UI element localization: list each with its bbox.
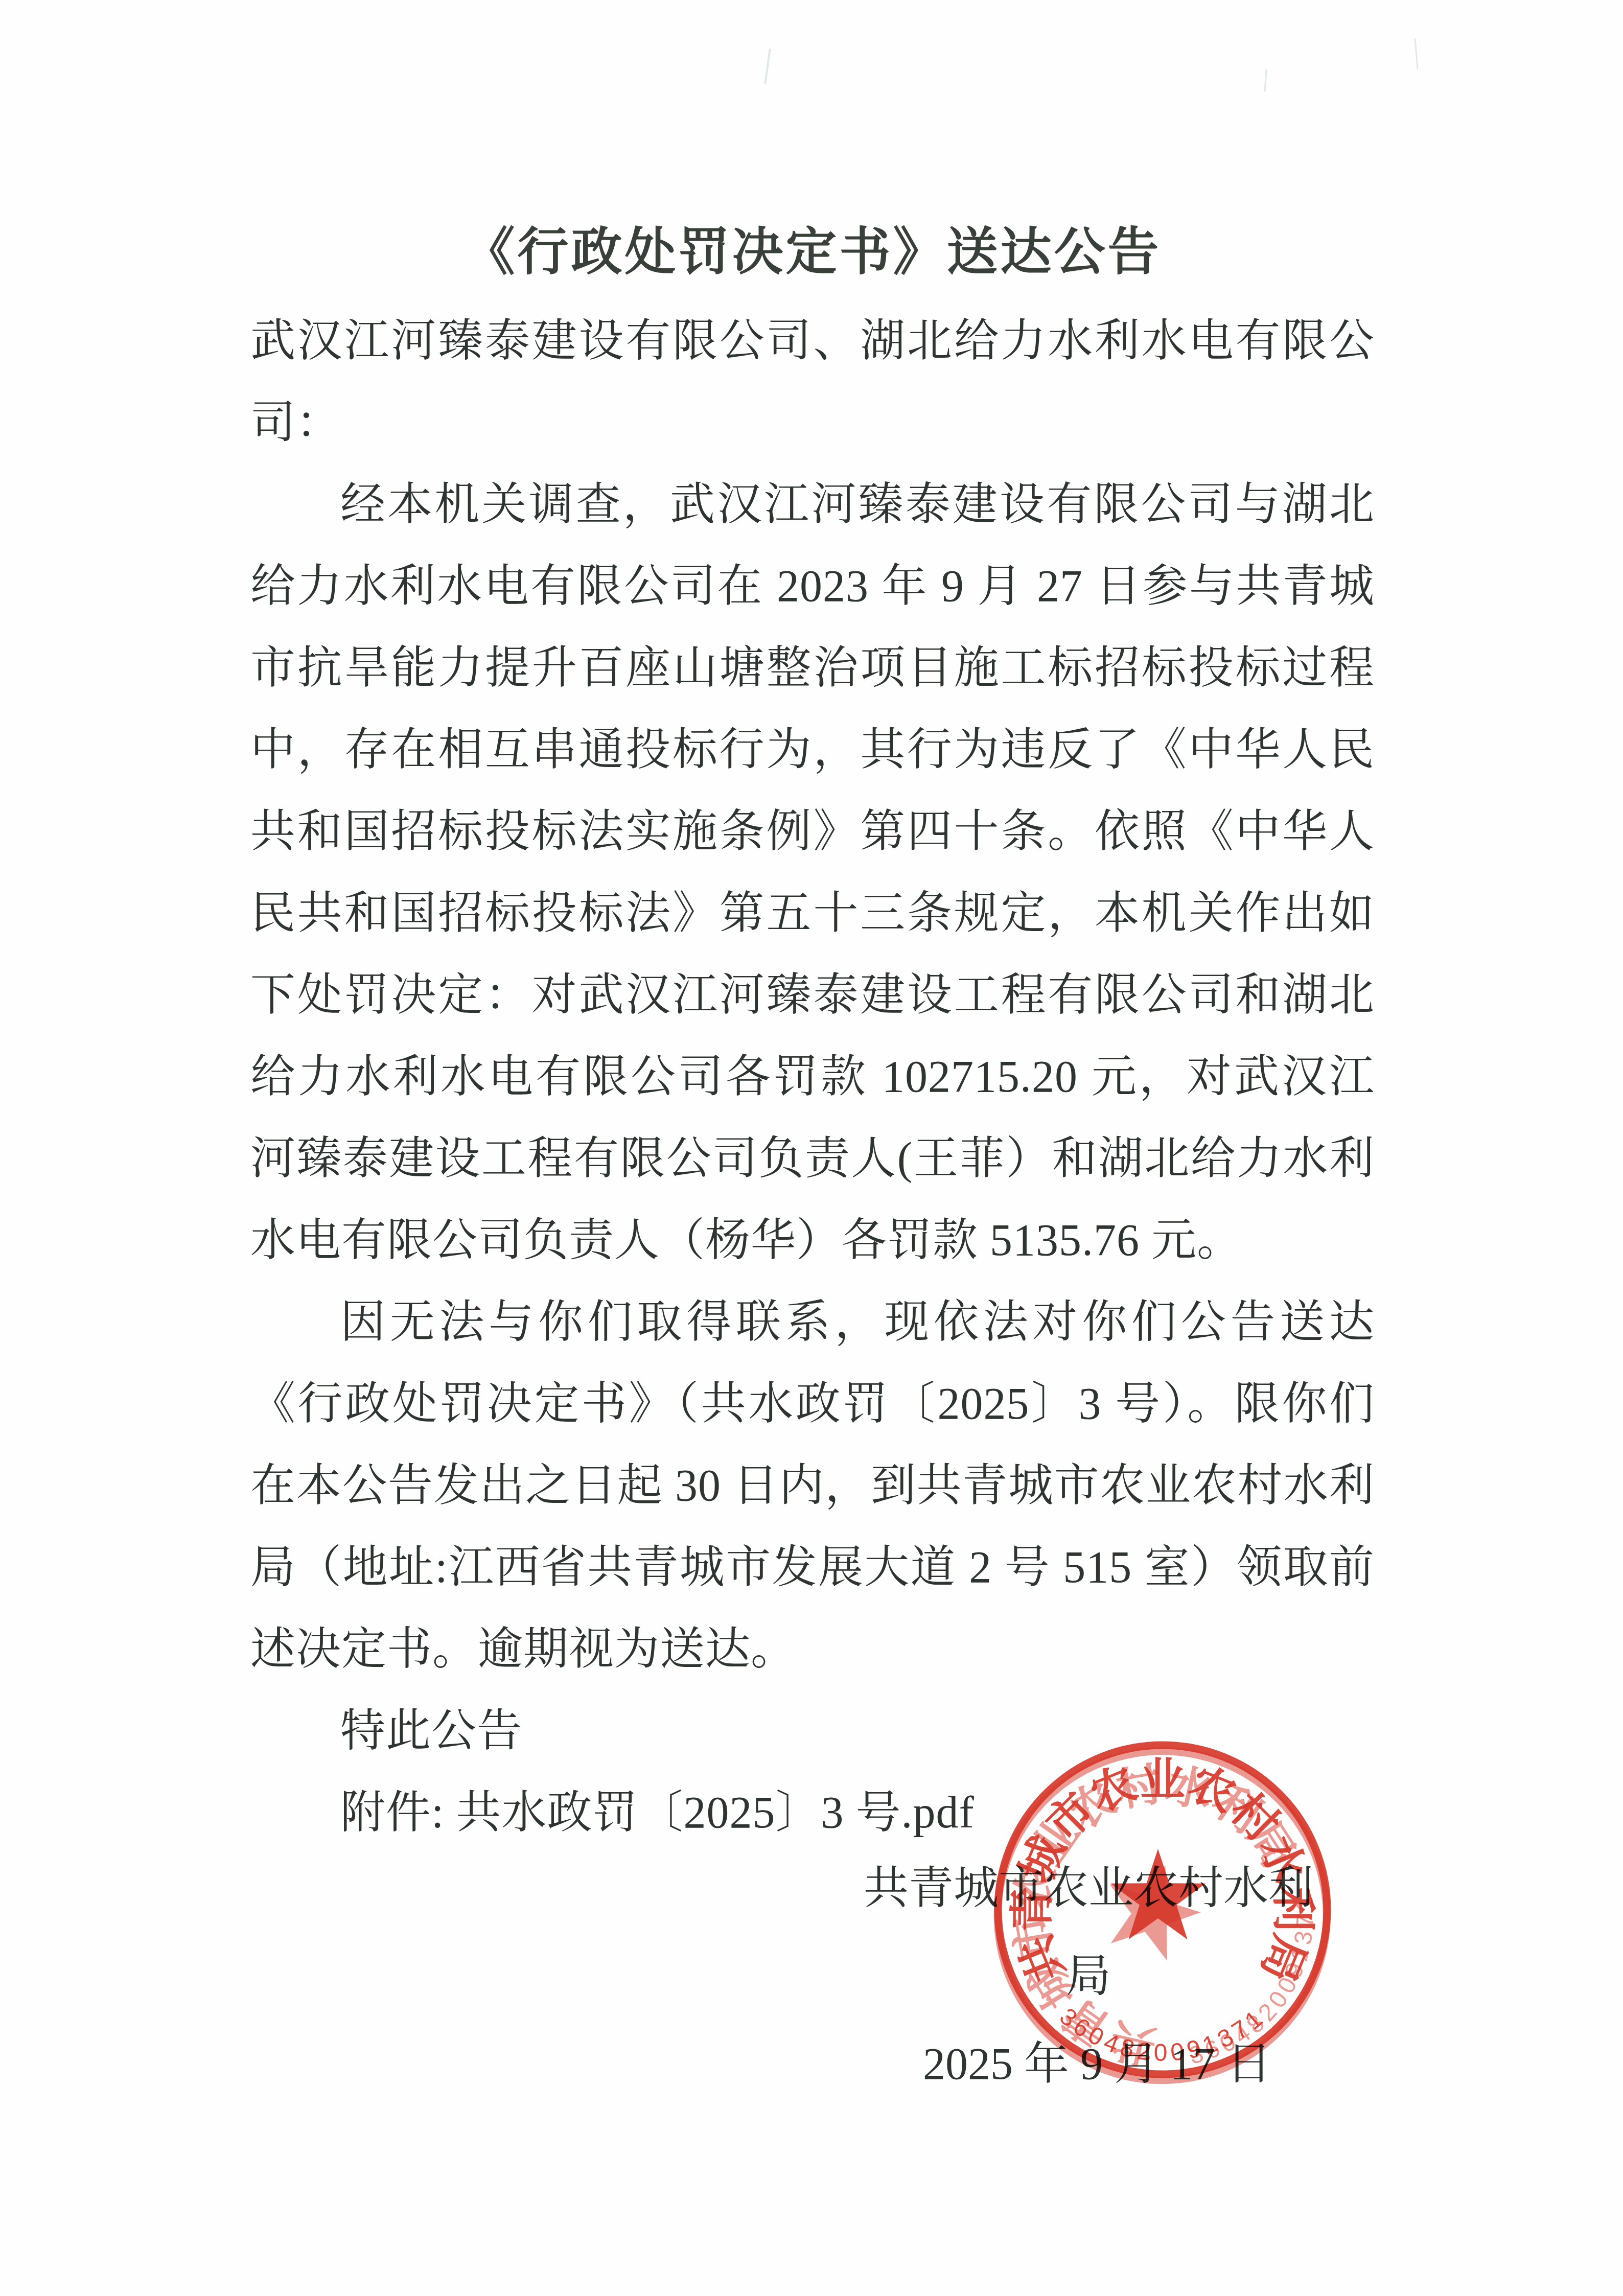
- document-page: 《行政处罚决定书》送达公告 武汉江河臻泰建设有限公司、湖北给力水利水电有限公司：…: [0, 0, 1623, 2296]
- document-body: 《行政处罚决定书》送达公告 武汉江河臻泰建设有限公司、湖北给力水利水电有限公司：…: [0, 0, 1623, 1854]
- salutation-line: 武汉江河臻泰建设有限公司、湖北给力水利水电有限公司：: [250, 300, 1375, 464]
- official-seal: 共青城市农业农村水利局 3604820091371 共青城市农业农村水利局 36…: [976, 1723, 1349, 2096]
- paragraph-investigation: 经本机关调查，武汉江河臻泰建设有限公司与湖北给力水利水电有限公司在 2023 年…: [250, 464, 1375, 1282]
- page-title: 《行政处罚决定书》送达公告: [250, 214, 1375, 291]
- seal-star-icon: [1110, 1849, 1205, 1939]
- seal-main-imprint: 共青城市农业农村水利局 3604820091371: [976, 1723, 1349, 2096]
- paragraph-service-notice: 因无法与你们取得联系，现依法对你们公告送达《行政处罚决定书》（共水政罚〔2025…: [250, 1282, 1375, 1690]
